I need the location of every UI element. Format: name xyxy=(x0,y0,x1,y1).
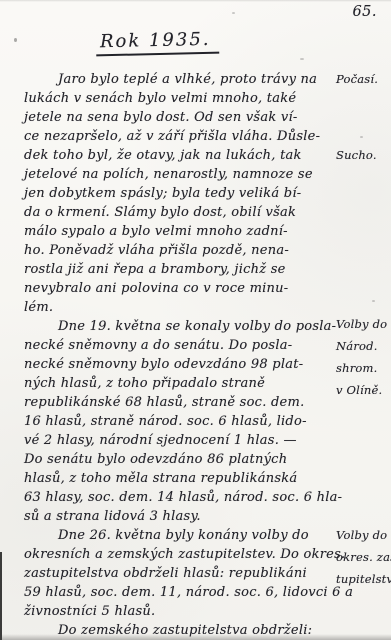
scan-speck xyxy=(360,136,363,138)
year-heading: Rok 1935. xyxy=(96,29,219,57)
text-line: hlasů, z toho měla strana republikánská xyxy=(24,469,336,488)
text-line: sů a strana lidová 3 hlasy. xyxy=(24,507,336,526)
text-line: jetele na sena bylo dost. Od sen však ví… xyxy=(24,108,336,127)
text-line: nevybralo ani polovina co v roce minu- xyxy=(24,279,336,298)
text-line: tupitelstva xyxy=(336,568,391,590)
text-line: Dne 19. května se konaly volby do posla- xyxy=(24,317,336,336)
text-line: Sucho. xyxy=(336,144,391,166)
text-line: lukách v senách bylo velmi mnoho, také xyxy=(24,89,336,108)
text-line: málo sypalo a bylo velmi mnoho zadní- xyxy=(24,222,336,241)
scan-speck xyxy=(232,12,235,14)
paragraph-parliament-elections: Dne 19. května se konaly volby do posla-… xyxy=(24,317,336,526)
text-line: jetelové na polích, nenarostly, namnoze … xyxy=(24,165,336,184)
text-line: republikánské 68 hlasů, straně soc. dem. xyxy=(24,393,336,412)
text-line: dek toho byl, že otavy, jak na lukách, t… xyxy=(24,146,336,165)
margin-note-district-board-elections: Volby dookres. zas-tupitelstva xyxy=(336,524,391,590)
text-line: okresních a zemských zastupitelstev. Do … xyxy=(24,545,336,564)
scan-edge-artifact-left xyxy=(0,552,2,640)
paragraph-weather: Jaro bylo teplé a vlhké, proto trávy nal… xyxy=(24,70,336,317)
scan-edge-artifact-top xyxy=(0,0,391,2)
scanned-chronicle-page: 65. Rok 1935. Jaro bylo teplé a vlhké, p… xyxy=(0,0,391,640)
text-line: necké sněmovny a do senátu. Do posla- xyxy=(24,336,336,355)
text-line: živnostníci 5 hlasů. xyxy=(24,602,336,621)
text-line: da o krmení. Slámy bylo dost, obilí však xyxy=(24,203,336,222)
scan-speck xyxy=(300,58,304,60)
text-line: Volby do xyxy=(336,313,391,335)
text-line: Národ. xyxy=(336,335,391,357)
text-line: necké sněmovny bylo odevzdáno 98 plat- xyxy=(24,355,336,374)
text-line: lém. xyxy=(24,298,336,317)
text-line: zastupitelstva obdrželi hlasů: republiká… xyxy=(24,564,336,583)
text-line: shrom. xyxy=(336,357,391,379)
paragraph-district-elections: Dne 26. května byly konány volby dookres… xyxy=(24,526,336,621)
text-line: Jaro bylo teplé a vlhké, proto trávy na xyxy=(24,70,336,89)
handwritten-text-block: Jaro bylo teplé a vlhké, proto trávy nal… xyxy=(24,70,336,640)
text-line: rostla již ani řepa a brambory, jichž se xyxy=(24,260,336,279)
margin-note-drought: Sucho. xyxy=(336,144,391,166)
text-line: vé 2 hlasy, národní sjednocení 1 hlas. — xyxy=(24,431,336,450)
margin-note-national-assembly-elections: Volby doNárod.shrom.v Olíně. xyxy=(336,313,391,401)
text-line: jen dobytkem spásly; byla tedy veliká bí… xyxy=(24,184,336,203)
scan-speck xyxy=(14,38,17,42)
text-line: ných hlasů, z toho připadalo straně xyxy=(24,374,336,393)
text-line: 59 hlasů, soc. dem. 11, národ. soc. 6, l… xyxy=(24,583,336,602)
text-line: 16 hlasů, straně národ. soc. 6 hlasů, li… xyxy=(24,412,336,431)
text-line: v Olíně. xyxy=(336,379,391,401)
text-line: Do senátu bylo odevzdáno 86 platných xyxy=(24,450,336,469)
scan-speck xyxy=(372,300,375,302)
text-line: 63 hlasy, soc. dem. 14 hlasů, národ. soc… xyxy=(24,488,336,507)
text-line: Dne 26. května byly konány volby do xyxy=(24,526,336,545)
scan-edge-artifact-bottom xyxy=(0,634,391,640)
margin-note-weather: Počasí. xyxy=(336,68,391,90)
text-line: okres. zas- xyxy=(336,546,391,568)
text-line: Volby do xyxy=(336,524,391,546)
year-heading-wrap: Rok 1935. xyxy=(96,30,219,55)
text-line: ho. Poněvadž vláha přišla pozdě, nena- xyxy=(24,241,336,260)
page-number: 65. xyxy=(352,4,377,20)
text-line: Počasí. xyxy=(336,68,391,90)
text-line: ce nezapršelo, až v září přišla vláha. D… xyxy=(24,127,336,146)
